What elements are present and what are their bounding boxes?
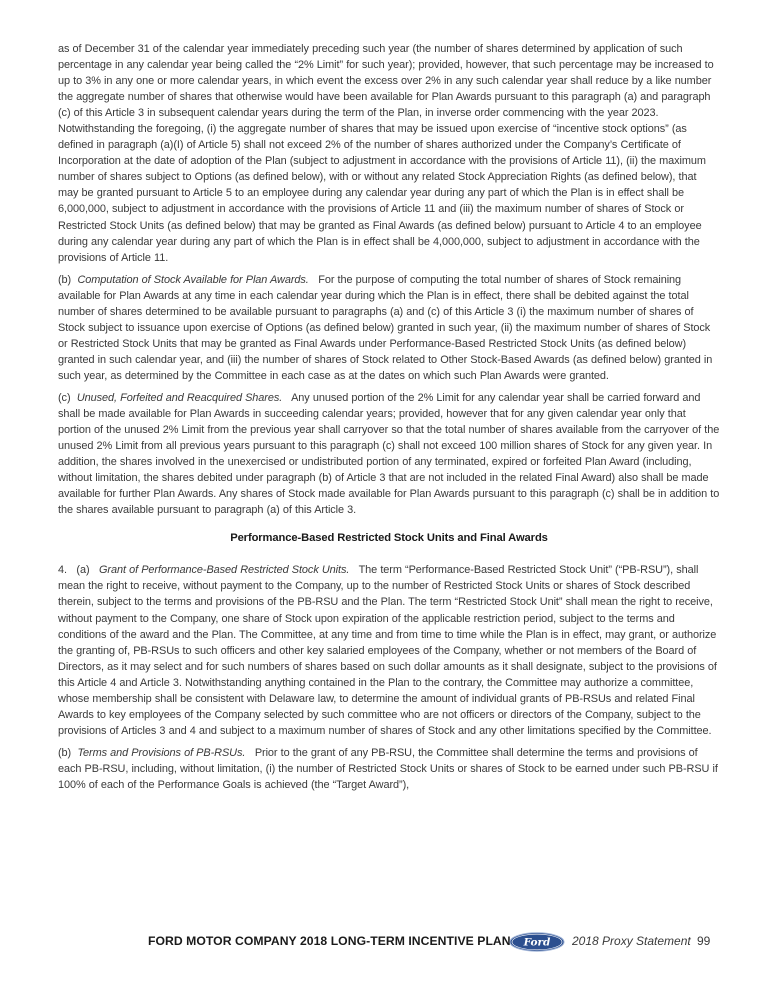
paragraph-text: Any unused portion of the 2% Limit for a… [58,392,719,516]
paragraph-4b-terms: (b) Terms and Provisions of PB-RSUs. Pri… [58,745,720,793]
footer-document-name: 2018 Proxy Statement [572,934,691,948]
paragraph-label: (c) [58,392,71,404]
paragraph-label: 4. (a) [58,564,90,576]
paragraph-4a-grant: 4. (a) Grant of Performance-Based Restri… [58,562,720,739]
paragraph-title: Computation of Stock Available for Plan … [77,274,308,286]
paragraph-text: The term “Performance-Based Restricted S… [58,564,717,736]
document-body: as of December 31 of the calendar year i… [58,41,720,799]
section-heading: Performance-Based Restricted Stock Units… [58,530,720,546]
page-footer: FORD MOTOR COMPANY 2018 LONG-TERM INCENT… [0,931,768,953]
paragraph-label: (b) [58,747,71,759]
paragraph-title: Grant of Performance-Based Restricted St… [99,564,349,576]
page-number: 99 [697,934,710,948]
paragraph-text: For the purpose of computing the total n… [58,274,712,382]
paragraph-article-3-continued: as of December 31 of the calendar year i… [58,41,720,266]
paragraph-text: as of December 31 of the calendar year i… [58,43,714,264]
paragraph-title: Terms and Provisions of PB-RSUs. [77,747,245,759]
ford-logo-icon: Ford [509,932,565,952]
paragraph-title: Unused, Forfeited and Reacquired Shares. [77,392,282,404]
footer-title: FORD MOTOR COMPANY 2018 LONG-TERM INCENT… [148,934,511,948]
svg-text:Ford: Ford [523,937,551,949]
paragraph-3b-computation: (b) Computation of Stock Available for P… [58,272,720,384]
paragraph-3c-unused-shares: (c) Unused, Forfeited and Reacquired Sha… [58,390,720,518]
paragraph-label: (b) [58,274,71,286]
